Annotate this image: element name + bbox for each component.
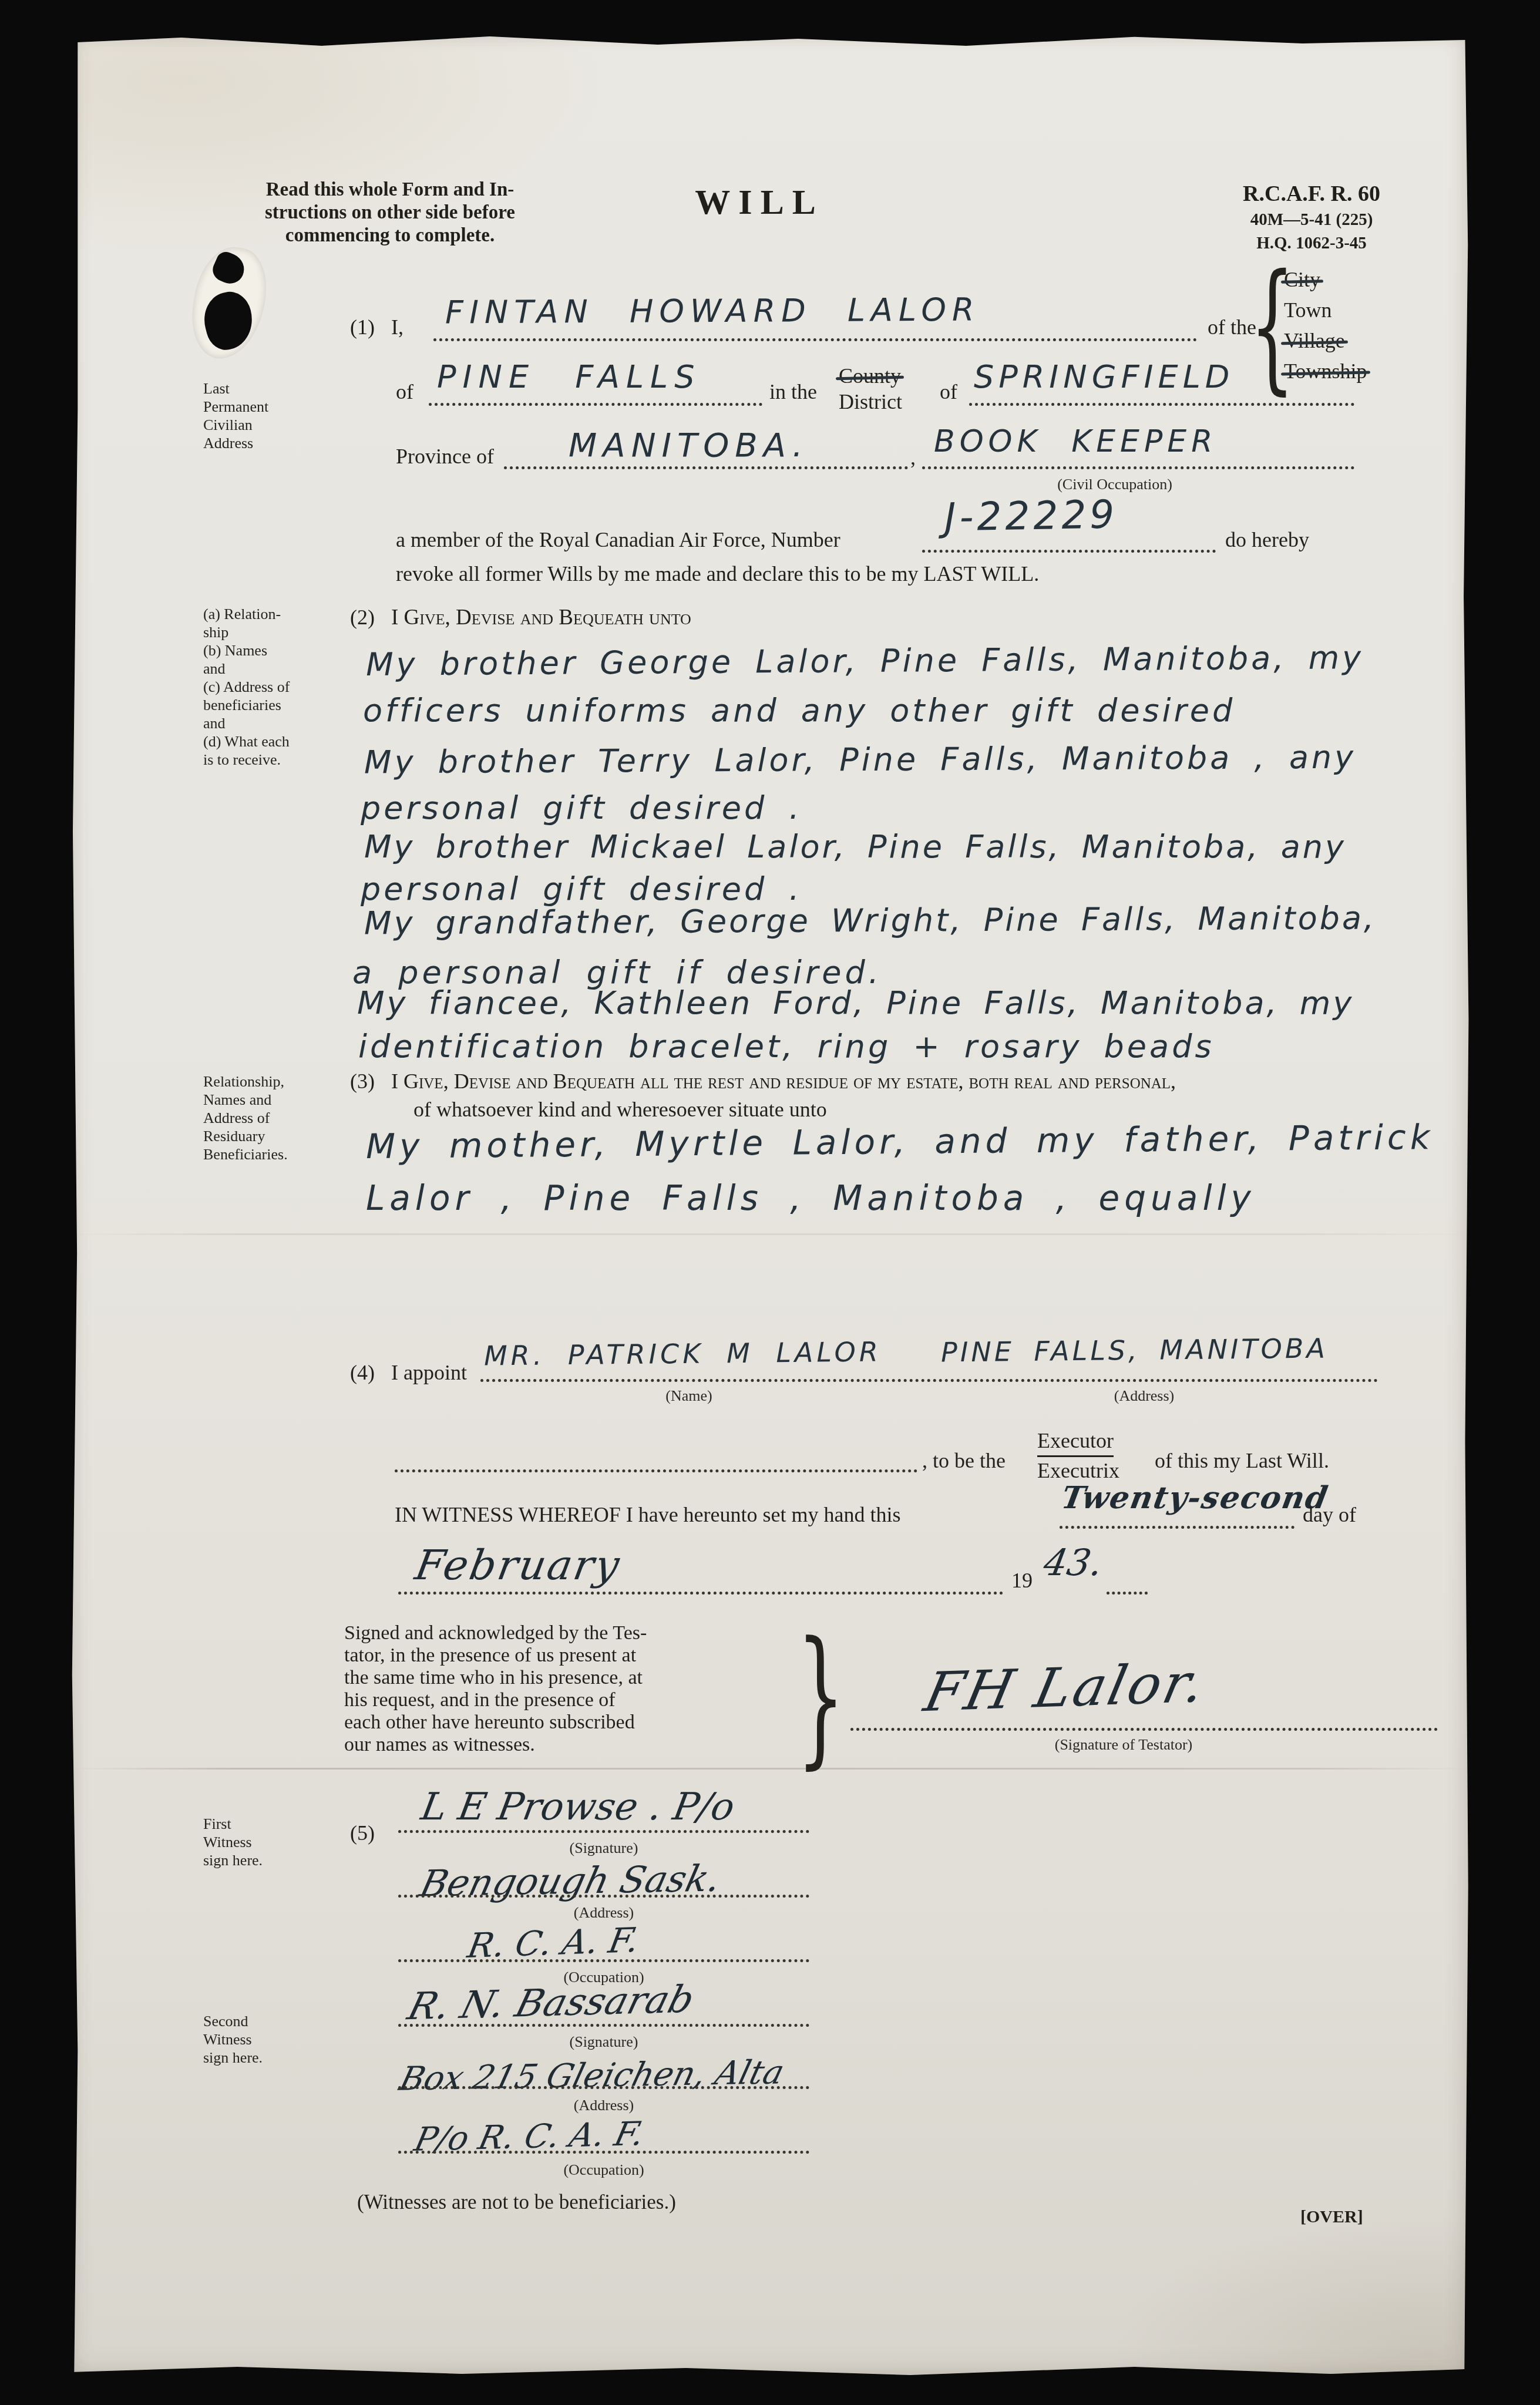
of-label: of [396,379,413,404]
occupation-value: BOOK KEEPER [934,424,1217,459]
bequest-line-5: My brother Mickael Lalor, Pine Falls, Ma… [364,828,1346,865]
service-number-dotted-line [922,550,1216,553]
year-prefix: 19 [1011,1568,1033,1593]
executor-executrix-stack: Executor Executrix [1037,1427,1119,1484]
witness2-signature-dotted-line [398,2024,809,2027]
member-line-after: do hereby [1225,527,1309,552]
bequest-line-7: My grandfather, George Wright, Pine Fall… [364,899,1376,941]
margin-beneficiaries-abcd: (a) Relation- ship (b) Names and (c) Add… [203,605,290,769]
witness2-occupation-dotted-line [398,2151,809,2154]
read-instructions-note: Read this whole Form and In- structions … [202,179,578,247]
locality-city: City [1284,264,1320,295]
place-value: PINE FALLS [437,358,701,395]
civil-occupation-caption: (Civil Occupation) [986,476,1244,493]
bequest-line-1: My brother George Lalor, Pine Falls, Man… [366,639,1364,683]
county-label: County [839,363,901,389]
locality-town: Town [1284,295,1331,325]
bequest-line-3: My brother Terry Lalor, Pine Falls, Mani… [364,739,1356,781]
bequest-line-2: officers uniforms and any other gift des… [363,692,1235,729]
in-the-label: in the [769,379,817,404]
locality-township: Township [1284,356,1367,386]
month-dotted-line [398,1592,1003,1595]
witness1-address-caption: (Address) [480,1904,727,1922]
province-value: MANITOBA. [569,426,809,465]
year-dotted-line [1107,1592,1148,1595]
province-comma: , [910,445,916,470]
day-of-label: day of [1303,1502,1356,1527]
in-witness-line: IN WITNESS WHEREOF I have hereunto set m… [395,1502,901,1527]
residuary-line-1: My mother, Myrtle Lalor, and my father, … [366,1117,1434,1166]
residuary-line-2: Lalor , Pine Falls , Manitoba , equally [366,1178,1256,1218]
bequest-line-10: identification bracelet, ring + rosary b… [358,1028,1215,1065]
county-district-stack: County District [839,363,902,415]
appoint-label: I appoint [391,1360,467,1385]
locality-village: Village [1284,325,1345,356]
signature-of-testator-caption: (Signature of Testator) [986,1736,1262,1754]
member-line-before: a member of the Royal Canadian Air Force… [396,527,840,552]
witness2-address-dotted-line [398,2086,809,2089]
section3-heading-line2: of whatsoever kind and wheresoever situa… [413,1097,827,1122]
witness1-address: Bengough Sask. [416,1857,725,1905]
province-label: Province of [396,444,494,469]
form-number: R.C.A.F. R. 60 [1174,181,1450,207]
witness2-occupation-caption: (Occupation) [480,2161,727,2179]
testator-name-value: FINTAN HOWARD LALOR [445,291,980,331]
witness1-signature-dotted-line [398,1830,809,1833]
year-value: 43. [1041,1541,1106,1584]
attestation-bracket: } [796,1609,845,1783]
hq-code: H.Q. 1062-3-45 [1174,234,1450,253]
fold-crease-upper [69,1233,1471,1235]
bequest-line-6: personal gift desired . [361,870,802,907]
appoint-dotted-line [480,1379,1378,1382]
margin-second-witness: Second Witness sign here. [203,2012,263,2067]
of-this-will-label: of this my Last Will. [1155,1448,1329,1473]
section4-number: (4) [350,1360,375,1385]
executor-word: Executor [1037,1427,1114,1457]
district-dotted-line [969,403,1354,406]
bequest-line-9: My fiancee, Kathleen Ford, Pine Falls, M… [357,984,1354,1021]
locality-options: City Town Village Township [1284,264,1367,386]
to-be-the-label: , to be the [922,1448,1006,1473]
section2-heading: I Give, Devise and Bequeath unto [391,605,691,630]
address-caption: (Address) [1038,1387,1250,1405]
name-caption: (Name) [586,1387,792,1405]
service-number-value: J-22229 [944,492,1118,540]
occupation-dotted-line [922,466,1354,469]
bequest-line-4: personal gift desired . [361,789,802,826]
witness1-address-dotted-line [398,1895,809,1898]
of-the-label: of the [1208,315,1256,339]
witness2-address: Box 215 Gleichen, Alta [395,2053,788,2098]
scanned-will-document: { "header": { "instructions": "Read this… [0,0,1540,2405]
witness2-signature-caption: (Signature) [480,2033,727,2051]
section1-prefix: I, [391,315,404,339]
executor-address-value: PINE FALLS, MANITOBA [941,1333,1328,1368]
over-label: [OVER] [1300,2207,1363,2227]
district-label: District [839,389,902,415]
section5-number: (5) [350,1821,375,1845]
district-value: SPRINGFIELD [974,358,1234,395]
witness2-signature: R. N. Bassarab [404,1978,699,2029]
executor-second-dotted-line [395,1469,917,1472]
margin-residuary-beneficiaries: Relationship, Names and Address of Resid… [203,1072,288,1163]
left-edge-notch [67,228,78,270]
place-dotted-line [429,403,762,406]
witness2-address-caption: (Address) [480,2097,727,2114]
testator-signature-dotted-line [850,1728,1438,1731]
revoke-line: revoke all former Wills by me made and d… [396,561,1039,586]
form-title: WILL [663,182,856,223]
day-dotted-line [1060,1526,1294,1529]
province-dotted-line [504,466,908,469]
section1-number: (1) [350,315,375,339]
name-dotted-line [433,338,1197,341]
witness1-signature-caption: (Signature) [480,1839,727,1857]
witness1-signature: L E Prowse . P/o [418,1785,738,1829]
day-value: Twenty-second [1059,1480,1331,1516]
witness1-occupation-dotted-line [398,1959,809,1962]
section3-heading-line1: I Give, Devise and Bequeath all the rest… [391,1069,1176,1094]
section2-number: (2) [350,605,375,630]
print-code: 40M—5-41 (225) [1174,210,1450,230]
witnesses-note: (Witnesses are not to be beneficiaries.) [357,2191,676,2214]
will-form-page: Read this whole Form and In- structions … [69,34,1471,2379]
testator-signature: FH Lalor. [919,1651,1213,1724]
of-label-2: of [940,379,957,404]
fold-crease-lower [69,1768,1471,1770]
margin-first-witness: First Witness sign here. [203,1815,263,1869]
margin-last-permanent-address: Last Permanent Civilian Address [203,379,268,452]
month-value: February [412,1541,625,1589]
executor-name-value: MR. PATRICK M LALOR [484,1336,882,1371]
attestation-clause: Signed and acknowledged by the Tes- tato… [344,1622,802,1756]
section3-number: (3) [350,1069,375,1094]
